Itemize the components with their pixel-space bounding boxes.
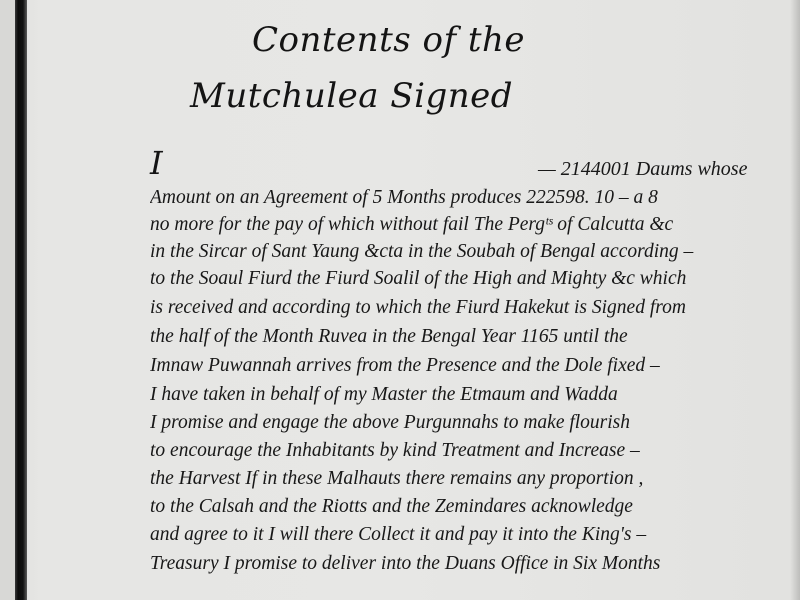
text-line: Amount on an Agreement of 5 Months produ…: [150, 187, 800, 209]
manuscript-page: ​ Contents of the Mutchulea Signed I — 2…: [0, 0, 800, 600]
text-line: the Harvest If in these Malhauts there r…: [150, 468, 800, 490]
text-line: to the Soaul Fiurd the Fiurd Soalil of t…: [150, 268, 800, 290]
text-line: Imnaw Puwannah arrives from the Presence…: [150, 355, 800, 377]
facing-page-edge: [0, 0, 15, 600]
document-title-line-1: Contents of the: [252, 20, 525, 60]
first-line-amount: — 2144001 Daums whose: [538, 158, 747, 181]
text-line: and agree to it I will there Collect it …: [150, 524, 800, 546]
text-line: I promise and engage the above Purgunnah…: [150, 412, 800, 434]
text-line: I have taken in behalf of my Master the …: [150, 384, 800, 406]
text-line: no more for the pay of which without fai…: [150, 214, 800, 236]
text-line: to the Calsah and the Riotts and the Zem…: [150, 496, 800, 518]
text-line: is received and according to which the F…: [150, 297, 800, 319]
text-line: to encourage the Inhabitants by kind Tre…: [150, 440, 800, 462]
text-line: Treasury I promise to deliver into the D…: [150, 553, 800, 575]
opening-initial: I: [150, 144, 163, 182]
binding-gutter: [15, 0, 27, 600]
text-line: the half of the Month Ruvea in the Benga…: [150, 326, 800, 348]
document-title-line-2: Mutchulea Signed: [190, 76, 513, 116]
text-line: in the Sircar of Sant Yaung &cta in the …: [150, 241, 800, 263]
